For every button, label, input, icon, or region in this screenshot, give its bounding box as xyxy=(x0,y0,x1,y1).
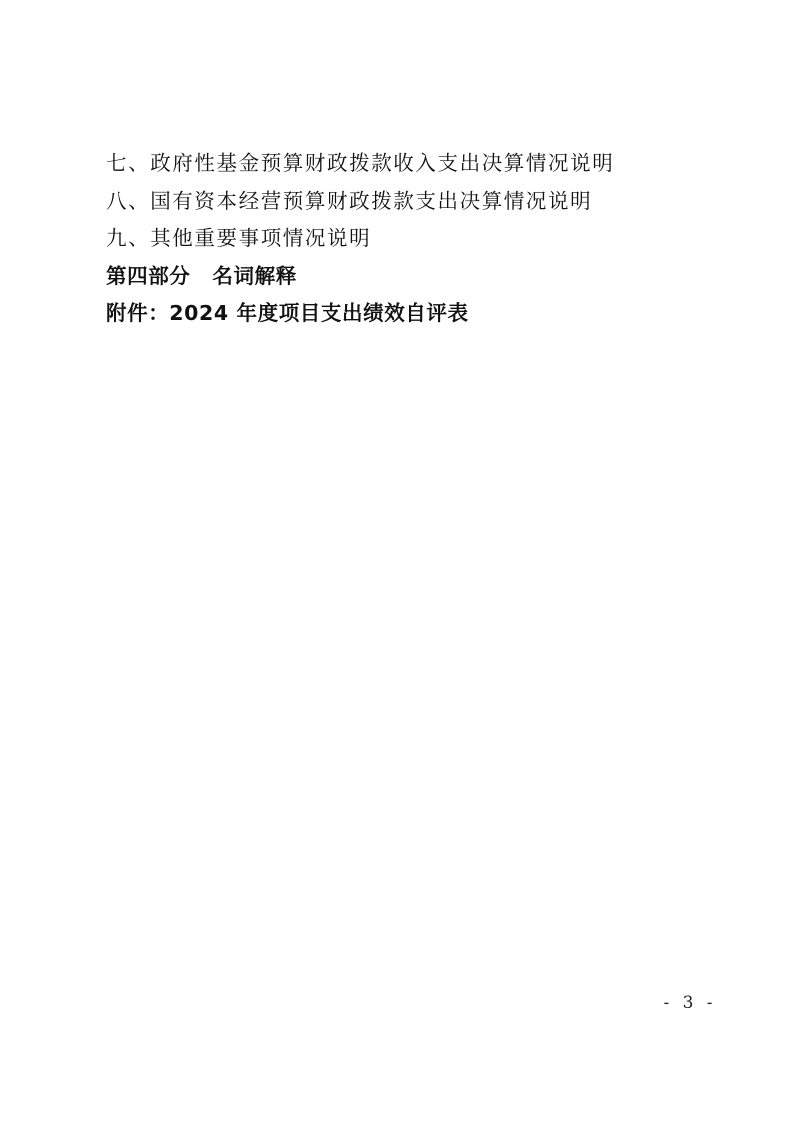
toc-item-other-important-matters: 九、其他重要事项情况说明 xyxy=(106,220,706,258)
document-page: 七、政府性基金预算财政拨款收入支出决算情况说明 八、国有资本经营预算财政拨款支出… xyxy=(0,0,793,1122)
toc-attachment: 附件：2024 年度项目支出绩效自评表 xyxy=(106,295,706,333)
section-title: 名词解释 xyxy=(212,264,296,288)
toc-section-part-four: 第四部分名词解释 xyxy=(106,258,706,296)
table-of-contents: 七、政府性基金预算财政拨款收入支出决算情况说明 八、国有资本经营预算财政拨款支出… xyxy=(106,145,706,333)
toc-item-government-fund-budget: 七、政府性基金预算财政拨款收入支出决算情况说明 xyxy=(106,145,706,183)
section-part-label: 第四部分 xyxy=(106,264,190,288)
toc-item-state-capital-budget: 八、国有资本经营预算财政拨款支出决算情况说明 xyxy=(106,183,706,221)
page-number: - 3 - xyxy=(660,993,720,1013)
